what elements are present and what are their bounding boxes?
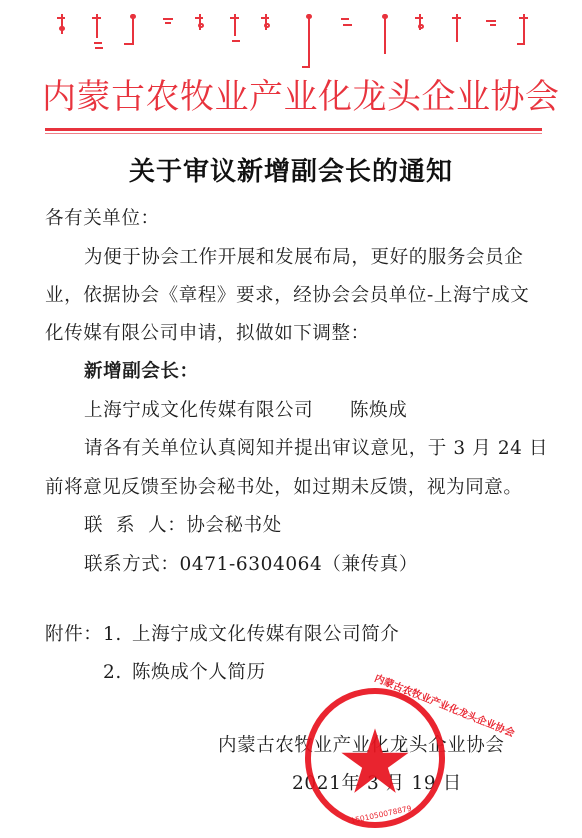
notice-title: 关于审议新增副会长的通知	[0, 152, 582, 192]
contact-person: 联 系 人：协会秘书处	[84, 513, 282, 539]
attachment-number: 2.	[103, 660, 122, 686]
attachment-item: 陈焕成个人简历	[132, 660, 266, 686]
attachment-item: 上海宁成文化传媒有限公司简介	[132, 622, 399, 648]
paragraph1-line: 业，依据协会《章程》要求，经协会会员单位-上海宁成文	[45, 283, 529, 309]
attachments-label: 附件：	[45, 622, 102, 648]
paragraph1-line: 化传媒有限公司申请，拟做如下调整：	[45, 321, 370, 347]
seal-code: 1501050078879	[350, 804, 413, 826]
seal-text: 内蒙古农牧业产业化龙头企业协会	[373, 669, 518, 739]
paragraph2-line: 前将意见反馈至协会秘书处，如过期未反馈，视为同意。	[45, 475, 523, 501]
salutation: 各有关单位：	[45, 206, 160, 232]
new-vice-president-company: 上海宁成文化传媒有限公司	[84, 398, 313, 424]
letterhead-organization-name: 内蒙古农牧业产业化龙头企业协会	[42, 74, 540, 120]
signature-organization: 内蒙古农牧业产业化龙头企业协会	[218, 733, 505, 759]
paragraph2-line: 请各有关单位认真阅知并提出审议意见，于 3 月 24 日	[84, 436, 548, 462]
letterhead-divider-thin	[45, 133, 542, 134]
contact-method: 联系方式：0471-6304064（兼传真）	[84, 552, 418, 578]
letterhead-divider-thick	[45, 128, 542, 131]
signature-date: 2021年 3 月 19 日	[292, 771, 462, 797]
new-vice-president-name: 陈焕成	[350, 398, 407, 424]
mongolian-script-header	[0, 0, 582, 72]
paragraph1-line: 为便于协会工作开展和发展布局，更好的服务会员企	[84, 245, 523, 271]
attachment-number: 1.	[103, 622, 122, 648]
new-vice-president-heading: 新增副会长：	[84, 359, 199, 385]
